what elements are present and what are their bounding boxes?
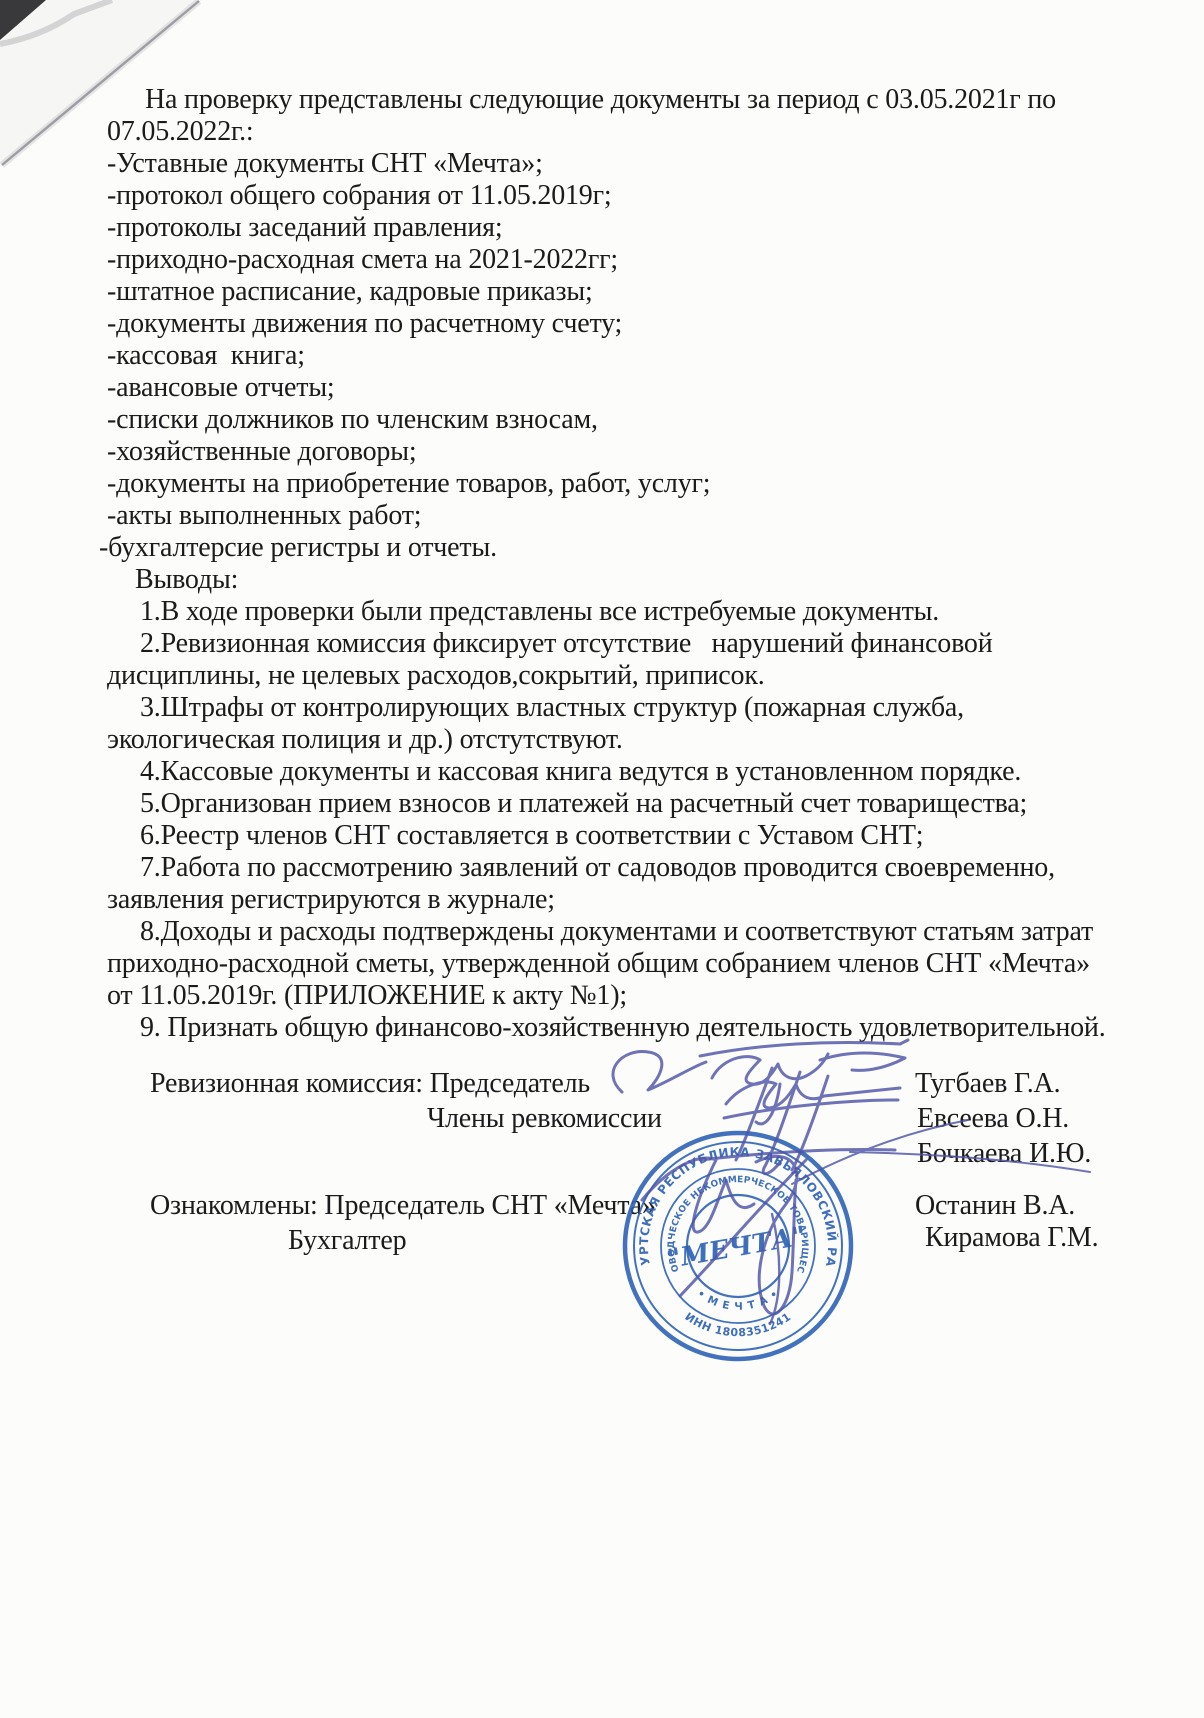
text-line: 7.Работа по рассмотрению заявлений от са… <box>107 852 1106 884</box>
text-line: -приходно-расходная смета на 2021-2022гг… <box>107 244 1106 276</box>
text-line: приходно-расходной сметы, утвержденной о… <box>107 948 1106 980</box>
members-label: Члены ревкомиссии <box>427 1103 662 1135</box>
text-line: -списки должников по членским взносам, <box>107 404 1106 436</box>
text-line: заявления регистрируются в журнале; <box>107 884 1106 916</box>
text-line: 9. Признать общую финансово-хозяйственну… <box>107 1012 1106 1044</box>
text-line: 3.Штрафы от контролирующих властных стру… <box>107 692 1106 724</box>
document-body: На проверку представлены следующие докум… <box>107 84 1106 1044</box>
text-line: -Уставные документы СНТ «Мечта»; <box>107 148 1106 180</box>
signer-name-member2: Бочкаева И.Ю. <box>917 1138 1091 1170</box>
official-stamp: УДМУРТСКАЯ РЕСПУБЛИКА ЗАВЬЯЛОВСКИЙ РАЙОН… <box>618 1126 858 1366</box>
text-line: -документы на приобретение товаров, рабо… <box>107 468 1106 500</box>
signer-name-accountant: Кирамова Г.М. <box>925 1222 1098 1254</box>
text-line: 5.Организован прием взносов и платежей н… <box>107 788 1106 820</box>
svg-text:✳ ИНН 1808351241 ✳: ✳ ИНН 1808351241 ✳ <box>618 1126 797 1339</box>
accountant-label: Бухгалтер <box>288 1225 406 1257</box>
text-line: -протоколы заседаний правления; <box>107 212 1106 244</box>
commission-label: Ревизионная комиссия: Председатель <box>150 1068 590 1100</box>
text-line: 1.В ходе проверки были представлены все … <box>107 596 1106 628</box>
text-line: 6.Реестр членов СНТ составляется в соотв… <box>107 820 1106 852</box>
text-line: На проверку представлены следующие докум… <box>107 84 1106 116</box>
text-line: 8.Доходы и расходы подтверждены документ… <box>107 916 1106 948</box>
text-line: -документы движения по расчетному счету; <box>107 308 1106 340</box>
text-line: -кассовая книга; <box>107 340 1106 372</box>
signer-name-member1: Евсеева О.Н. <box>917 1103 1069 1135</box>
text-line: 07.05.2022г.: <box>107 116 1106 148</box>
scanned-document-page: { "page": { "width": 1204, "height": 171… <box>0 0 1204 1718</box>
text-line: от 11.05.2019г. (ПРИЛОЖЕНИЕ к акту №1); <box>107 980 1106 1012</box>
text-line: дисциплины, не целевых расходов,сокрытий… <box>107 660 1106 692</box>
signature-chairman <box>613 1040 908 1092</box>
text-line: -протокол общего собрания от 11.05.2019г… <box>107 180 1106 212</box>
text-line: 4.Кассовые документы и кассовая книга ве… <box>107 756 1106 788</box>
signer-name-snt-chairman: Останин В.А. <box>915 1190 1075 1222</box>
text-line: -акты выполненных работ; <box>107 500 1106 532</box>
text-line: экологическая полиция и др.) отстутствую… <box>107 724 1106 756</box>
svg-text:• М Е Ч Т А •: • М Е Ч Т А • <box>695 1288 782 1313</box>
stamp-inner-bottom-text: • М Е Ч Т А • <box>695 1288 782 1313</box>
signer-name-chairman: Тугбаев Г.А. <box>915 1068 1060 1100</box>
text-line: -авансовые отчеты; <box>107 372 1106 404</box>
text-line: -бухгалтерсие регистры и отчеты. <box>99 532 1106 564</box>
text-line: -штатное расписание, кадровые приказы; <box>107 276 1106 308</box>
signature-member1 <box>724 1082 900 1124</box>
stamp-outer-bottom-text: ✳ ИНН 1808351241 ✳ <box>618 1126 797 1339</box>
text-line: 2.Ревизионная комиссия фиксирует отсутст… <box>107 628 1106 660</box>
conclusions-heading: Выводы: <box>107 564 1106 596</box>
stamp-center-text: "МЕЧТА" <box>665 1221 808 1275</box>
acquainted-label: Ознакомлены: Председатель СНТ «Мечта» <box>150 1190 656 1222</box>
text-line: -хозяйственные договоры; <box>107 436 1106 468</box>
